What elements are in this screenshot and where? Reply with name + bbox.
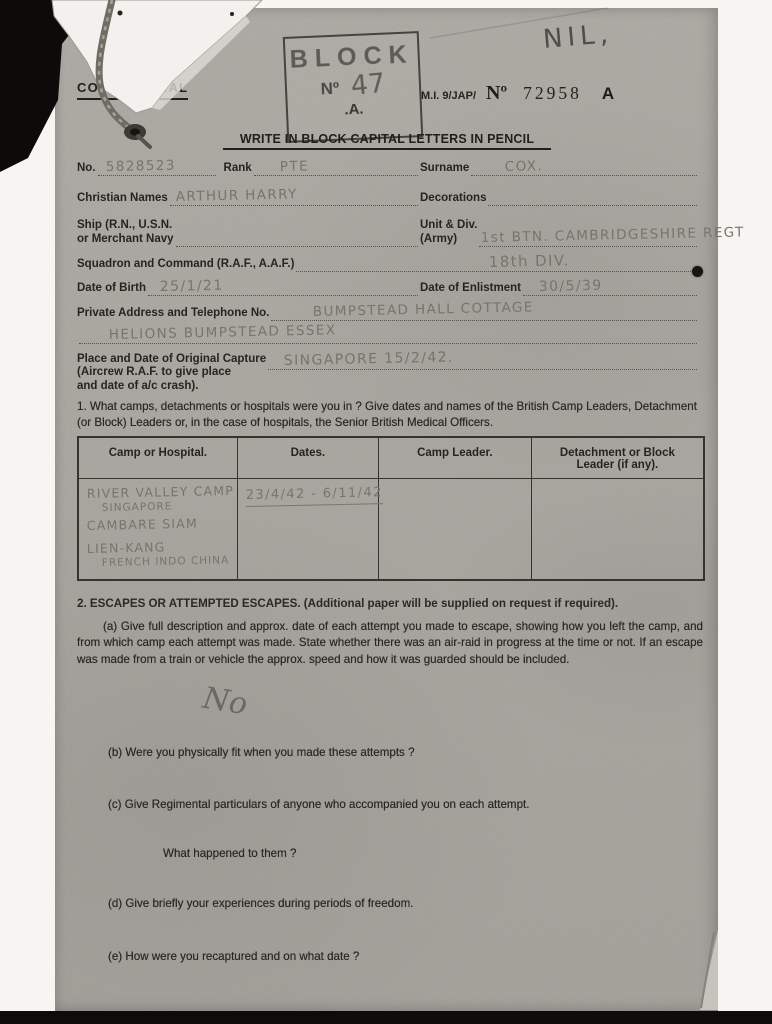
camp-entry-sub: SINGAPORE: [102, 499, 231, 514]
address-field-line1: BUMPSTEAD HALL COTTAGE: [271, 305, 697, 321]
row-address-2: HELIONS BUMPSTEAD ESSEX: [77, 328, 699, 344]
unit-div-label: Unit & Div.(Army): [420, 219, 477, 247]
table-header-camp: Camp or Hospital.: [79, 438, 237, 478]
date-of-enlistment-value: 30/5/39: [539, 277, 603, 294]
christian-names-field: ARTHUR HARRY: [170, 190, 418, 206]
questionnaire-page: CONFIDENTIAL BLOCK Nº 47 .A. M.I. 9/JAP/…: [55, 8, 718, 1012]
christian-names-label: Christian Names: [77, 192, 168, 206]
question-2a-answer-handwritten: No: [201, 681, 250, 723]
rank-label: Rank: [224, 162, 252, 176]
question-2d-text: (d) Give briefly your experiences during…: [108, 896, 698, 912]
table-header-leader: Camp Leader.: [378, 438, 531, 478]
table-cell-detachment: [531, 478, 703, 579]
division-value: 18th DIV.: [488, 251, 569, 271]
surname-label: Surname: [420, 162, 469, 176]
date-of-birth-value: 25/1/21: [160, 277, 224, 294]
block-number-stamp: BLOCK Nº 47 .A.: [283, 31, 423, 143]
capture-field: SINGAPORE 15/2/42.: [268, 354, 697, 370]
address-value-line2: HELIONS BUMPSTEAD ESSEX: [109, 322, 337, 343]
number-label: No.: [77, 162, 96, 176]
punch-hole: [692, 266, 703, 277]
row-squadron: Squadron and Command (R.A.F., A.A.F.) 18…: [77, 256, 699, 272]
dates-value: 23/4/42 - 6/11/42: [245, 485, 382, 507]
question-2c-followup-text: What happened to them ?: [163, 846, 663, 862]
form-instruction-title: WRITE IN BLOCK CAPITAL LETTERS IN PENCIL: [223, 132, 551, 150]
date-of-enlistment-field: 30/5/39: [523, 280, 697, 296]
address-label: Private Address and Telephone No.: [77, 307, 269, 321]
camp-entry: RIVER VALLEY CAMP: [87, 483, 231, 501]
table-cell-dates: 23/4/42 - 6/11/42: [237, 478, 378, 579]
scanned-document: CONFIDENTIAL BLOCK Nº 47 .A. M.I. 9/JAP/…: [0, 0, 772, 1024]
scanner-void-bottom: [0, 1011, 772, 1024]
row-address: Private Address and Telephone No. BUMPST…: [77, 305, 699, 321]
squadron-label: Squadron and Command (R.A.F., A.A.F.): [77, 258, 294, 272]
date-of-enlistment-label: Date of Enlistment: [420, 282, 521, 296]
squadron-field: 18th DIV.: [296, 256, 697, 272]
rank-value: PTE: [279, 158, 308, 175]
ref-series-letter: A: [602, 84, 614, 104]
question-2-heading: 2. ESCAPES OR ATTEMPTED ESCAPES. (Additi…: [77, 596, 703, 612]
corner-note-handwritten: NIL,: [542, 19, 614, 55]
question-2e-text: (e) How were you recaptured and on what …: [108, 949, 698, 965]
address-value-line1: BUMPSTEAD HALL COTTAGE: [313, 299, 534, 320]
question-2c-text: (c) Give Regimental particulars of anyon…: [108, 797, 698, 813]
capture-note-line1: (Aircrew R.A.F. to give place: [77, 366, 266, 380]
christian-names-value: ARTHUR HARRY: [175, 186, 297, 205]
identity-fields: No. 5828523 Rank PTE Surname COX.: [77, 160, 699, 394]
number-value: 5828523: [105, 158, 175, 175]
row-capture: Place and Date of Original Capture (Airc…: [77, 353, 699, 394]
decorations-field: [488, 190, 697, 206]
camps-table: Camp or Hospital. Dates. Camp Leader. De…: [77, 436, 705, 581]
ship-label: Ship (R.N., U.S.N.or Merchant Navy: [77, 219, 174, 247]
table-cell-camps: RIVER VALLEY CAMP SINGAPORE CAMBARE SIAM…: [79, 478, 237, 579]
number-field: 5828523: [98, 160, 216, 176]
row-christian-decorations: Christian Names ARTHUR HARRY Decorations: [77, 190, 699, 206]
question-1-text: 1. What camps, detachments or hospitals …: [77, 399, 701, 432]
ref-number: 72958: [523, 83, 582, 104]
table-header-detachment: Detachment or Block Leader (if any).: [531, 438, 703, 478]
rank-field: PTE: [254, 160, 418, 176]
capture-value: SINGAPORE 15/2/42.: [284, 349, 454, 369]
surname-field: COX.: [471, 160, 697, 176]
ref-prefix: M.I. 9/JAP/: [421, 90, 476, 102]
ref-no-label: Nº: [486, 82, 507, 105]
row-number-rank-surname: No. 5828523 Rank PTE Surname COX.: [77, 160, 699, 176]
reference-number-block: M.I. 9/JAP/ Nº 72958 A: [421, 82, 614, 105]
stamp-number-handwritten: 47: [350, 72, 387, 99]
question-2a-text: (a) Give full description and approx. da…: [77, 619, 703, 668]
row-birth-enlistment: Date of Birth 25/1/21 Date of Enlistment…: [77, 280, 699, 296]
surname-value: COX.: [505, 158, 544, 175]
date-of-birth-field: 25/1/21: [148, 280, 418, 296]
confidential-marking: CONFIDENTIAL: [77, 80, 188, 100]
capture-label: Place and Date of Original Capture: [77, 353, 266, 367]
decorations-label: Decorations: [420, 192, 486, 206]
table-header-dates: Dates.: [237, 438, 378, 478]
capture-note-line2: and date of a/c crash).: [77, 380, 266, 394]
ship-field: [176, 231, 418, 247]
address-field-line2: HELIONS BUMPSTEAD ESSEX: [79, 328, 697, 344]
stamp-no-label: Nº: [320, 79, 339, 100]
stamp-suffix: .A.: [288, 98, 421, 121]
stamp-word: BLOCK: [285, 40, 418, 75]
camp-entry-sub: FRENCH INDO CHINA: [102, 554, 231, 569]
question-2b-text: (b) Were you physically fit when you mad…: [108, 745, 698, 761]
camp-entry: CAMBARE SIAM: [87, 515, 231, 533]
unit-div-value: 1st BTN. CAMBRIDGESHIRE REGT: [481, 224, 745, 246]
table-cell-leader: [378, 478, 531, 579]
row-ship-unit: Ship (R.N., U.S.N.or Merchant Navy Unit …: [77, 219, 699, 247]
camp-entry: LIEN-KANG: [87, 538, 231, 556]
date-of-birth-label: Date of Birth: [77, 282, 146, 296]
unit-div-field: 1st BTN. CAMBRIDGESHIRE REGT: [479, 231, 697, 247]
